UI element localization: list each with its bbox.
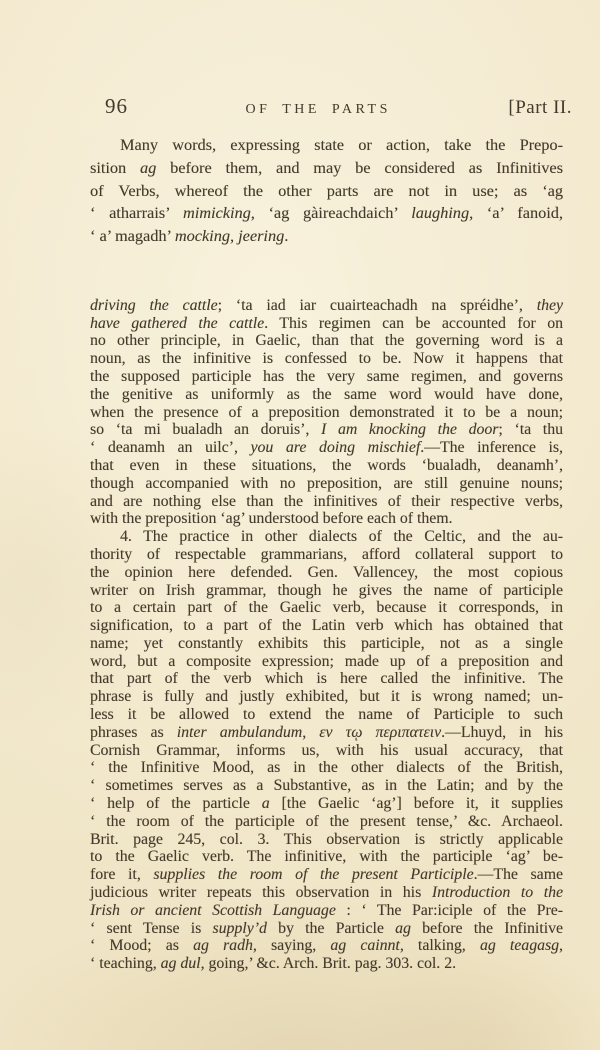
paragraph-1: Many words, expressing state or action, … [90, 134, 563, 248]
text-line: noun, as the infinitive is confessed to … [90, 350, 563, 368]
text-line: have gathered the cattle. This regimen c… [90, 315, 563, 333]
text-line: the genitive as uniformly as the same wo… [90, 386, 563, 404]
running-title: OF THE PARTS [246, 102, 391, 118]
text-line: Brit. page 245, col. 3. This observation… [90, 831, 563, 849]
text-line: that part of the verb which is here call… [90, 670, 563, 688]
text-line: though accompanied with no preposition, … [90, 475, 563, 493]
page-number: 96 [105, 94, 128, 119]
text-line: driving the cattle; ‘ta iad iar cuairtea… [90, 297, 563, 315]
text-line: ‘ a’ magadh’ mocking, jeering. [90, 225, 563, 248]
text-line: signification, to a part of the Latin ve… [90, 617, 563, 635]
text-line: the opinion here defended. Gen. Vallence… [90, 564, 563, 582]
book-page-scan: 96 OF THE PARTS [Part II. Many words, ex… [0, 0, 600, 1050]
text-line: less it be allowed to extend the name of… [90, 706, 563, 724]
text-line: writer on Irish grammar, though he gives… [90, 582, 563, 600]
text-line: phrase is fully and justly exhibited, bu… [90, 688, 563, 706]
paragraph-2: driving the cattle; ‘ta iad iar cuairtea… [90, 297, 563, 528]
text-line: name; yet constantly exhibits this parti… [90, 635, 563, 653]
text-line: 4. The practice in other dialects of the… [90, 528, 563, 546]
text-line: and are nothing else than the infinitive… [90, 493, 563, 511]
text-line: the supposed participle has the very sam… [90, 368, 563, 386]
text-line: ‘ sometimes serves as a Substantive, as … [90, 777, 563, 795]
text-line: fore it, supplies the room of the presen… [90, 866, 563, 884]
text-line: ‘ atharrais’ mimicking, ‘ag gàireachdaic… [90, 202, 563, 225]
text-line: when the presence of a preposition demon… [90, 404, 563, 422]
text-line: so ‘ta mi bualadh an doruis’, I am knock… [90, 421, 563, 439]
text-line: Many words, expressing state or action, … [90, 134, 563, 157]
text-line: sition ag before them, and may be consid… [90, 157, 563, 180]
part-label: [Part II. [508, 97, 572, 119]
text-line: to a certain part of the Gaelic verb, be… [90, 599, 563, 617]
text-line: to the Gaelic verb. The infinitive, with… [90, 848, 563, 866]
text-line: ‘ the room of the participle of the pres… [90, 813, 563, 831]
text-line: ‘ teaching, ag dul, going,’ &c. Arch. Br… [90, 955, 563, 973]
text-line: ‘ help of the particle a [the Gaelic ‘ag… [90, 795, 563, 813]
text-line: with the preposition ‘ag’ understood bef… [90, 510, 563, 528]
text-line: no other principle, in Gaelic, than that… [90, 332, 563, 350]
text-line: ‘ the Infinitive Mood, as in the other d… [90, 759, 563, 777]
paragraph-3: 4. The practice in other dialects of the… [90, 528, 563, 973]
page-body-text: Many words, expressing state or action, … [90, 134, 563, 973]
text-line: ‘ Mood; as ag radh, saying, ag cainnt, t… [90, 937, 563, 955]
text-line: judicious writer repeats this observatio… [90, 884, 563, 902]
text-line: phrases as inter ambulandum, εν τῳ περιπ… [90, 724, 563, 742]
text-line: Cornish Grammar, informs us, with his us… [90, 742, 563, 760]
text-line: ‘ deanamh an uilc’, you are doing mischi… [90, 439, 563, 457]
text-line: ‘ sent Tense is supply’d by the Particle… [90, 920, 563, 938]
text-line: thority of respectable grammarians, affo… [90, 546, 563, 564]
page-header: 96 OF THE PARTS [Part II. [105, 94, 572, 119]
text-line: that even in these situations, the words… [90, 457, 563, 475]
text-line: word, but a composite expression; made u… [90, 653, 563, 671]
text-line: of Verbs, whereof the other parts are no… [90, 180, 563, 203]
text-line: Irish or ancient Scottish Language : ‘ T… [90, 902, 563, 920]
